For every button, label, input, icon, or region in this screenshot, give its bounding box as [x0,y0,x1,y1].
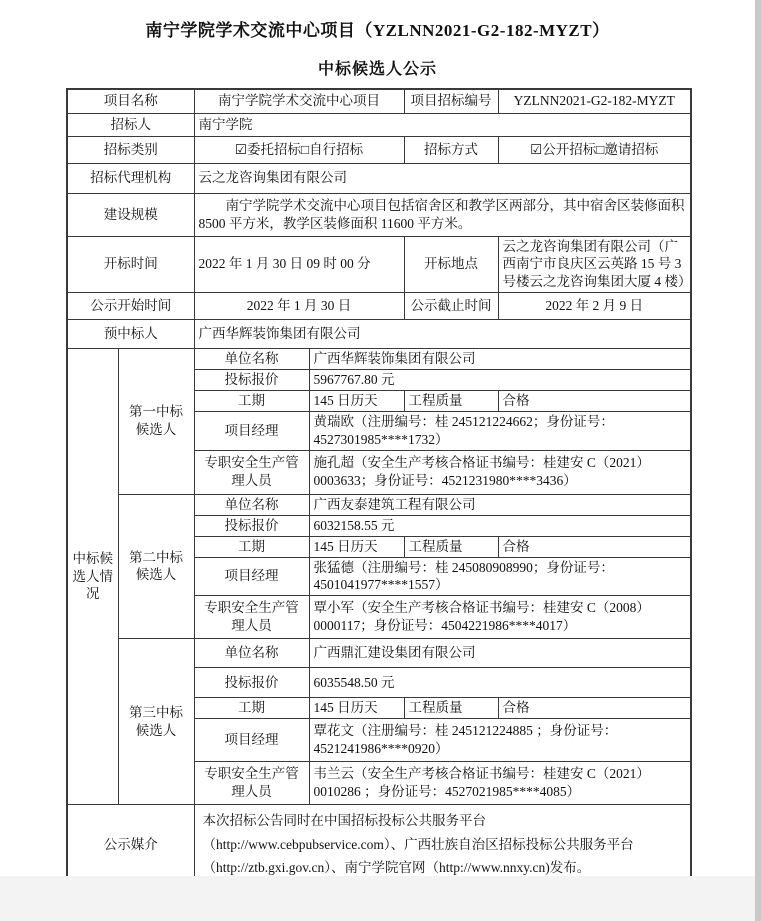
c3-duration-value: 145 日历天 [309,698,404,719]
c3-price-value: 6035548.50 元 [309,668,691,698]
publicity-end-label: 公示截止时间 [404,292,498,319]
page-title: 南宁学院学术交流中心项目（YZLNN2021-G2-182-MYZT） [0,16,755,41]
publicity-end-value: 2022 年 2 月 9 日 [498,292,691,319]
candidate3-rank-label: 第三中标候选人 [118,639,194,805]
tender-category-label: 招标类别 [67,136,194,163]
c3-quality-label: 工程质量 [404,698,498,719]
row-c1-company: 中标候选人情况 第一中标候选人 单位名称 广西华辉装饰集团有限公司 [67,348,691,369]
c2-company-value: 广西友泰建筑工程有限公司 [309,494,691,515]
candidates-section-label: 中标候选人情况 [67,348,118,804]
c1-manager-label: 项目经理 [194,411,309,450]
bid-opening-time-value: 2022 年 1 月 30 日 09 时 00 分 [194,236,404,292]
agency-value: 云之龙咨询集团有限公司 [194,163,691,193]
c3-company-value: 广西鼎汇建设集团有限公司 [309,639,691,668]
c1-price-label: 投标报价 [194,369,309,390]
media-value: 本次招标公告同时在中国招标投标公共服务平台（http://www.cebpubs… [194,805,691,885]
tender-method-value: ☑公开招标□邀请招标 [498,136,691,163]
row-c3-company: 第三中标候选人 单位名称 广西鼎汇建设集团有限公司 [67,639,691,668]
c1-company-value: 广西华辉装饰集团有限公司 [309,348,691,369]
project-name-value: 南宁学院学术交流中心项目 [194,89,404,113]
publicity-start-value: 2022 年 1 月 30 日 [194,292,404,319]
row-publicity-period: 公示开始时间 2022 年 1 月 30 日 公示截止时间 2022 年 2 月… [67,292,691,319]
row-scale: 建设规模 南宁学院学术交流中心项目包括宿舍区和教学区两部分，其中宿舍区装修面积 … [67,193,691,236]
presumptive-winner-label: 预中标人 [67,319,194,348]
c1-safety-label: 专职安全生产管理人员 [194,450,309,494]
c1-price-value: 5967767.80 元 [309,369,691,390]
c1-quality-value: 合格 [498,390,691,411]
c3-company-label: 单位名称 [194,639,309,668]
presumptive-winner-value: 广西华辉装饰集团有限公司 [194,319,691,348]
c3-safety-label: 专职安全生产管理人员 [194,762,309,805]
c3-safety-value: 韦兰云（安全生产考核合格证书编号：桂建安 C（2021）0010286 ；身份证… [309,762,691,805]
page-subtitle: 中标候选人公示 [0,56,755,79]
project-name-label: 项目名称 [67,89,194,113]
c2-quality-value: 合格 [498,536,691,557]
c2-duration-value: 145 日历天 [309,536,404,557]
c1-quality-label: 工程质量 [404,390,498,411]
scale-value: 南宁学院学术交流中心项目包括宿舍区和教学区两部分，其中宿舍区装修面积 8500 … [194,193,691,236]
bid-opening-place-label: 开标地点 [404,236,498,292]
c2-company-label: 单位名称 [194,494,309,515]
scale-label: 建设规模 [67,193,194,236]
tender-category-value: ☑委托招标□自行招标 [194,136,404,163]
c2-duration-label: 工期 [194,536,309,557]
bid-announcement-table: 项目名称 南宁学院学术交流中心项目 项目招标编号 YZLNN2021-G2-18… [66,88,692,886]
agency-label: 招标代理机构 [67,163,194,193]
row-media: 公示媒介 本次招标公告同时在中国招标投标公共服务平台（http://www.ce… [67,805,691,885]
c2-manager-label: 项目经理 [194,557,309,596]
c3-duration-label: 工期 [194,698,309,719]
c3-price-label: 投标报价 [194,668,309,698]
tenderee-value: 南宁学院 [194,113,691,136]
c2-manager-value: 张猛德（注册编号：桂 245080908990；身份证号：4501041977*… [309,557,691,596]
c1-duration-label: 工期 [194,390,309,411]
publicity-start-label: 公示开始时间 [67,292,194,319]
row-tender-category: 招标类别 ☑委托招标□自行招标 招标方式 ☑公开招标□邀请招标 [67,136,691,163]
c3-manager-value: 覃花文（注册编号：桂 245121224885 ；身份证号：4521241986… [309,719,691,762]
tender-no-label: 项目招标编号 [404,89,498,113]
tender-method-label: 招标方式 [404,136,498,163]
c1-company-label: 单位名称 [194,348,309,369]
c2-safety-label: 专职安全生产管理人员 [194,596,309,639]
c3-quality-value: 合格 [498,698,691,719]
media-label: 公示媒介 [67,805,194,885]
page-bottom-margin [0,876,755,921]
page-right-edge [755,0,761,921]
tender-no-value: YZLNN2021-G2-182-MYZT [498,89,691,113]
c2-quality-label: 工程质量 [404,536,498,557]
c3-manager-label: 项目经理 [194,719,309,762]
row-bid-opening: 开标时间 2022 年 1 月 30 日 09 时 00 分 开标地点 云之龙咨… [67,236,691,292]
c1-manager-value: 黄瑞欧（注册编号：桂 245121224662；身份证号：4527301985*… [309,411,691,450]
candidate1-rank-label: 第一中标候选人 [118,348,194,494]
row-c2-company: 第二中标候选人 单位名称 广西友泰建筑工程有限公司 [67,494,691,515]
document-page: 南宁学院学术交流中心项目（YZLNN2021-G2-182-MYZT） 中标候选… [0,0,761,921]
bid-opening-place-value: 云之龙咨询集团有限公司（广西南宁市良庆区云英路 15 号 3 号楼云之龙咨询集团… [498,236,691,292]
c2-price-label: 投标报价 [194,515,309,536]
row-tenderee: 招标人 南宁学院 [67,113,691,136]
c2-price-value: 6032158.55 元 [309,515,691,536]
c2-safety-value: 覃小军（安全生产考核合格证书编号：桂建安 C（2008）0000117；身份证号… [309,596,691,639]
row-project-name: 项目名称 南宁学院学术交流中心项目 项目招标编号 YZLNN2021-G2-18… [67,89,691,113]
bid-opening-time-label: 开标时间 [67,236,194,292]
candidate2-rank-label: 第二中标候选人 [118,494,194,639]
c1-duration-value: 145 日历天 [309,390,404,411]
row-agency: 招标代理机构 云之龙咨询集团有限公司 [67,163,691,193]
row-presumptive-winner: 预中标人 广西华辉装饰集团有限公司 [67,319,691,348]
tenderee-label: 招标人 [67,113,194,136]
c1-safety-value: 施孔超（安全生产考核合格证书编号：桂建安 C（2021）0003633；身份证号… [309,450,691,494]
